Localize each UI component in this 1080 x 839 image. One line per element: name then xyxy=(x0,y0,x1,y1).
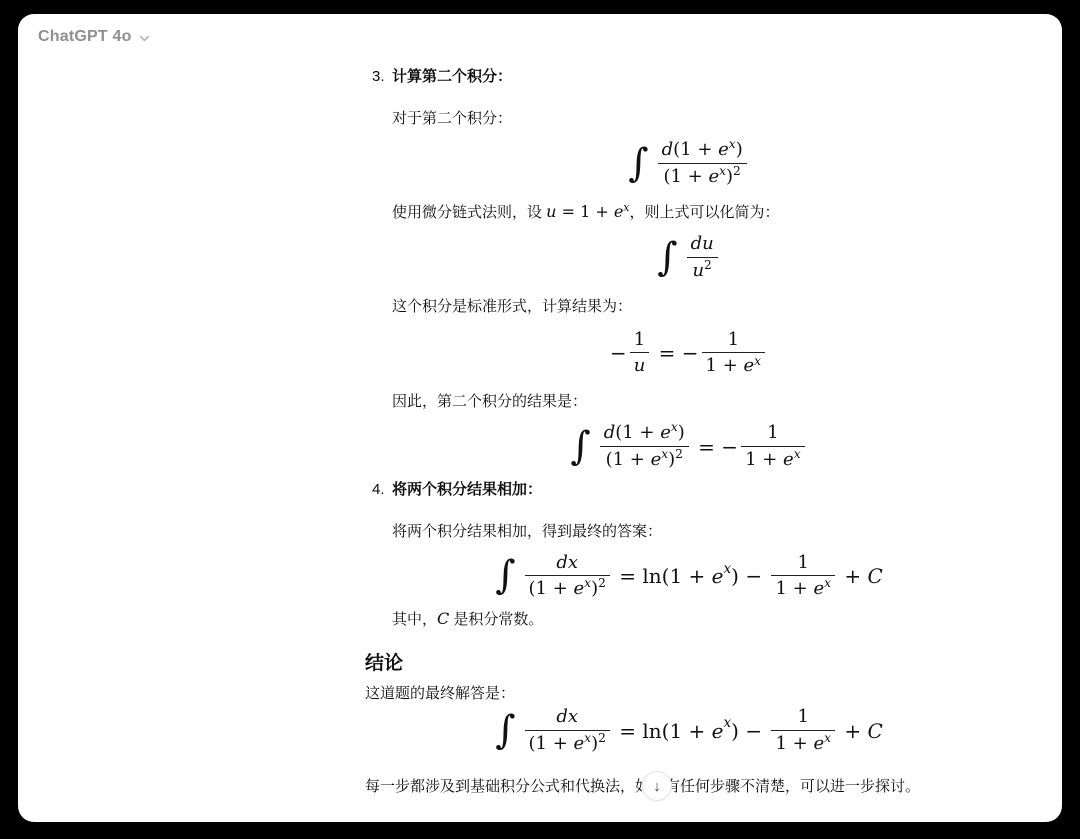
denominator: 1 + ex xyxy=(702,352,766,377)
superscript: x xyxy=(661,447,668,461)
math-text: 2 xyxy=(598,576,606,590)
math-text: = ln(1 + xyxy=(613,566,712,586)
numerator: 1 xyxy=(741,423,805,446)
math-variable: x xyxy=(661,447,668,461)
math-variable: e xyxy=(574,733,585,754)
fraction: d(1 + ex)(1 + ex)2 xyxy=(658,140,747,187)
math-text: (1 + xyxy=(606,449,651,470)
text-run: 因此，第二个积分的结果是： xyxy=(392,393,587,410)
fraction: d(1 + ex)(1 + ex)2 xyxy=(600,423,689,470)
superscript: 2 xyxy=(733,164,741,178)
superscript: 2 xyxy=(598,731,606,745)
numerator: d(1 + ex) xyxy=(658,140,747,163)
denominator: u xyxy=(630,352,650,377)
math-variable: e xyxy=(712,566,724,586)
math-variable: e xyxy=(651,449,662,470)
fraction: dx(1 + ex)2 xyxy=(525,707,610,754)
denominator: (1 + ex)2 xyxy=(525,575,610,600)
superscript: x xyxy=(794,447,801,461)
numerator: 1 xyxy=(702,330,766,353)
math-variable: e xyxy=(744,355,755,376)
numerator: dx xyxy=(525,553,610,576)
list-item-title: 计算第二个积分： xyxy=(392,68,512,85)
math-text: ) − xyxy=(731,566,768,586)
fraction: 11 + ex xyxy=(702,330,766,377)
numerator: dx xyxy=(525,707,610,730)
superscript: x xyxy=(719,164,726,178)
math-text: + xyxy=(838,721,867,741)
text-run: 对于第二个积分： xyxy=(392,110,512,127)
math-formula: −1u = −11 + ex xyxy=(365,330,1013,377)
math-variable: e xyxy=(574,578,585,599)
math-variable: C xyxy=(437,609,449,628)
numerator: 1 xyxy=(771,707,835,730)
denominator: u2 xyxy=(687,257,718,282)
math-text: = ln(1 + xyxy=(613,721,712,741)
superscript: x xyxy=(623,201,629,214)
math-variable: x xyxy=(754,354,761,368)
paragraph: 将两个积分结果相加，得到最终的答案： xyxy=(392,521,1013,543)
math-text: 1 xyxy=(798,552,809,573)
math-variable: e xyxy=(712,721,724,741)
math-variable: u xyxy=(692,260,704,281)
section-heading: 结论 xyxy=(365,651,1013,677)
text-run: 其中， xyxy=(392,611,437,628)
ordered-list-item: 3.计算第二个积分： xyxy=(365,66,1013,88)
math-text: = − xyxy=(692,437,738,457)
math-variable: x xyxy=(719,164,726,178)
math-variable: x xyxy=(584,576,591,590)
math-expression: ∫dx(1 + ex)2 = ln(1 + ex) − 11 + ex + C xyxy=(495,707,883,754)
math-text: ) xyxy=(678,422,685,443)
superscript: x xyxy=(671,420,678,434)
list-item-number: 4. xyxy=(372,479,385,501)
arrow-down-icon: ↓ xyxy=(653,779,661,794)
math-expression: −1u = −11 + ex xyxy=(610,330,768,377)
math-expression: ∫duu2 xyxy=(657,234,720,281)
math-variable: x xyxy=(584,731,591,745)
math-variable: x xyxy=(623,201,629,214)
numerator: du xyxy=(687,234,718,257)
math-variable: d xyxy=(604,422,616,443)
numerator: 1 xyxy=(771,553,835,576)
math-expression: ∫dx(1 + ex)2 = ln(1 + ex) − 11 + ex + C xyxy=(495,553,883,600)
math-formula: ∫d(1 + ex)(1 + ex)2 = −11 + ex xyxy=(365,423,1013,470)
denominator: (1 + ex)2 xyxy=(525,730,610,755)
math-variable: C xyxy=(867,566,882,586)
math-formula: ∫d(1 + ex)(1 + ex)2 xyxy=(365,140,1013,187)
denominator: 1 + ex xyxy=(771,575,835,600)
math-text: 1 + xyxy=(745,449,783,470)
fraction: 11 + ex xyxy=(771,553,835,600)
math-text: ) xyxy=(736,139,743,160)
fraction: 11 + ex xyxy=(741,423,805,470)
math-variable: x xyxy=(824,731,831,745)
math-text: 2 xyxy=(598,731,606,745)
text-run: 这道题的最终解答是： xyxy=(365,685,515,702)
math-variable: u xyxy=(546,202,556,221)
ordered-list-item: 4.将两个积分结果相加： xyxy=(365,479,1013,501)
paragraph: 对于第二个积分： xyxy=(392,108,1013,130)
math-expression: ∫d(1 + ex)(1 + ex)2 = −11 + ex xyxy=(570,423,807,470)
superscript: x xyxy=(754,354,761,368)
math-text: 1 xyxy=(634,329,645,350)
math-variable: x xyxy=(824,576,831,590)
denominator: 1 + ex xyxy=(741,446,805,471)
math-variable: e xyxy=(783,449,794,470)
paragraph: 每一步都涉及到基础积分公式和代换法，如果有任何步骤不清楚，可以进一步探讨。 xyxy=(365,776,1013,798)
fraction: 1u xyxy=(630,330,650,377)
math-text: (1 + xyxy=(529,578,574,599)
math-text: 2 xyxy=(675,447,683,461)
superscript: 2 xyxy=(598,576,606,590)
math-text: (1 + xyxy=(615,422,660,443)
math-variable: x xyxy=(794,447,801,461)
math-formula: ∫dx(1 + ex)2 = ln(1 + ex) − 11 + ex + C xyxy=(365,553,1013,600)
math-variable: e xyxy=(660,422,671,443)
inline-math: C xyxy=(437,609,449,628)
math-variable: x xyxy=(671,420,678,434)
superscript: 2 xyxy=(704,258,712,272)
math-variable: C xyxy=(867,721,882,741)
superscript: x xyxy=(824,576,831,590)
math-text: 1 + xyxy=(706,355,744,376)
math-expression: ∫d(1 + ex)(1 + ex)2 xyxy=(628,140,749,187)
fraction: duu2 xyxy=(687,234,718,281)
text-run: 是积分常数。 xyxy=(449,611,543,628)
list-item-number: 3. xyxy=(372,66,385,88)
math-text: + xyxy=(838,566,867,586)
math-text: 1 xyxy=(767,422,778,443)
math-variable: du xyxy=(691,233,714,254)
paragraph: 其中，C 是积分常数。 xyxy=(392,608,1013,631)
scroll-to-bottom-button[interactable]: ↓ xyxy=(642,771,672,801)
math-text: 1 xyxy=(728,329,739,350)
math-text: = − xyxy=(652,343,698,363)
math-formula: ∫duu2 xyxy=(365,234,1013,281)
fraction: 11 + ex xyxy=(771,707,835,754)
denominator: 1 + ex xyxy=(771,730,835,755)
numerator: d(1 + ex) xyxy=(600,423,689,446)
denominator: (1 + ex)2 xyxy=(658,163,747,188)
paragraph: 这道题的最终解答是： xyxy=(365,683,1013,705)
superscript: x xyxy=(824,731,831,745)
denominator: (1 + ex)2 xyxy=(600,446,689,471)
math-text: 1 + xyxy=(775,578,813,599)
math-variable: d xyxy=(662,139,674,160)
math-text: 1 xyxy=(798,706,809,727)
text-run: 这个积分是标准形式，计算结果为： xyxy=(392,298,632,315)
superscript: x xyxy=(584,576,591,590)
math-variable: x xyxy=(724,715,732,731)
math-text: − xyxy=(610,343,627,363)
math-text: = 1 + xyxy=(556,202,613,221)
list-item-title: 将两个积分结果相加： xyxy=(392,481,542,498)
math-text: 2 xyxy=(704,258,712,272)
superscript: x xyxy=(584,731,591,745)
math-text: 1 + xyxy=(775,733,813,754)
math-text: 2 xyxy=(733,164,741,178)
math-variable: u xyxy=(634,355,646,376)
math-variable: e xyxy=(813,733,824,754)
paragraph: 因此，第二个积分的结果是： xyxy=(392,391,1013,413)
model-selector-label: ChatGPT 4o xyxy=(38,28,132,46)
math-formula: ∫dx(1 + ex)2 = ln(1 + ex) − 11 + ex + C xyxy=(365,707,1013,754)
chevron-down-icon xyxy=(138,32,151,45)
chat-window: ChatGPT 4o 3.计算第二个积分：对于第二个积分：∫d(1 + ex)(… xyxy=(18,14,1062,822)
math-text: (1 + xyxy=(529,733,574,754)
math-text: ) xyxy=(726,166,733,187)
math-variable: e xyxy=(708,166,719,187)
math-variable: x xyxy=(729,137,736,151)
superscript: x xyxy=(729,137,736,151)
text-run: 将两个积分结果相加，得到最终的答案： xyxy=(392,523,662,540)
math-text: ) − xyxy=(731,721,768,741)
text-run: 使用微分链式法则，设 xyxy=(392,204,546,221)
math-text: (1 + xyxy=(663,166,708,187)
numerator: 1 xyxy=(630,330,650,353)
math-text: (1 + xyxy=(673,139,718,160)
inline-math: u = 1 + ex xyxy=(546,202,629,221)
math-variable: e xyxy=(718,139,729,160)
paragraph: 使用微分链式法则，设 u = 1 + ex，则上式可以化简为： xyxy=(392,201,1013,224)
assistant-message: 3.计算第二个积分：对于第二个积分：∫d(1 + ex)(1 + ex)2使用微… xyxy=(365,66,1013,798)
text-run: ，则上式可以化简为： xyxy=(629,204,779,221)
math-variable: dx xyxy=(556,552,578,573)
model-selector[interactable]: ChatGPT 4o xyxy=(30,22,159,52)
math-variable: e xyxy=(614,202,623,221)
paragraph: 这个积分是标准形式，计算结果为： xyxy=(392,296,1013,318)
math-variable: e xyxy=(813,578,824,599)
fraction: dx(1 + ex)2 xyxy=(525,553,610,600)
superscript: 2 xyxy=(675,447,683,461)
math-variable: x xyxy=(724,561,732,577)
math-variable: dx xyxy=(556,706,578,727)
